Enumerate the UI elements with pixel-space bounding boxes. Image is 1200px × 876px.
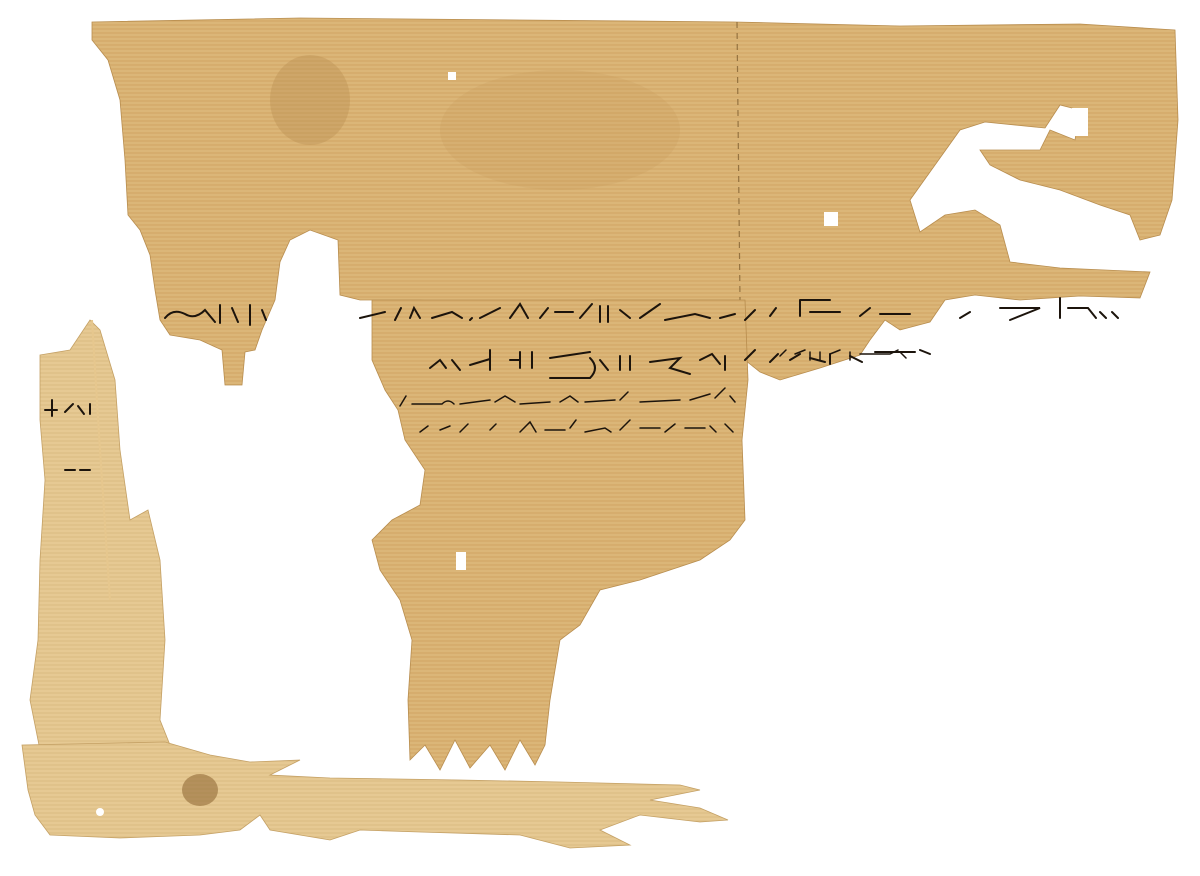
central-lower-fragment — [372, 300, 748, 770]
bottom-horizontal-fragment — [22, 742, 728, 848]
left-vertical-fragment — [30, 320, 170, 750]
papyrus-photograph: Fragmentary papyrus with hieratic text — [0, 0, 1200, 876]
